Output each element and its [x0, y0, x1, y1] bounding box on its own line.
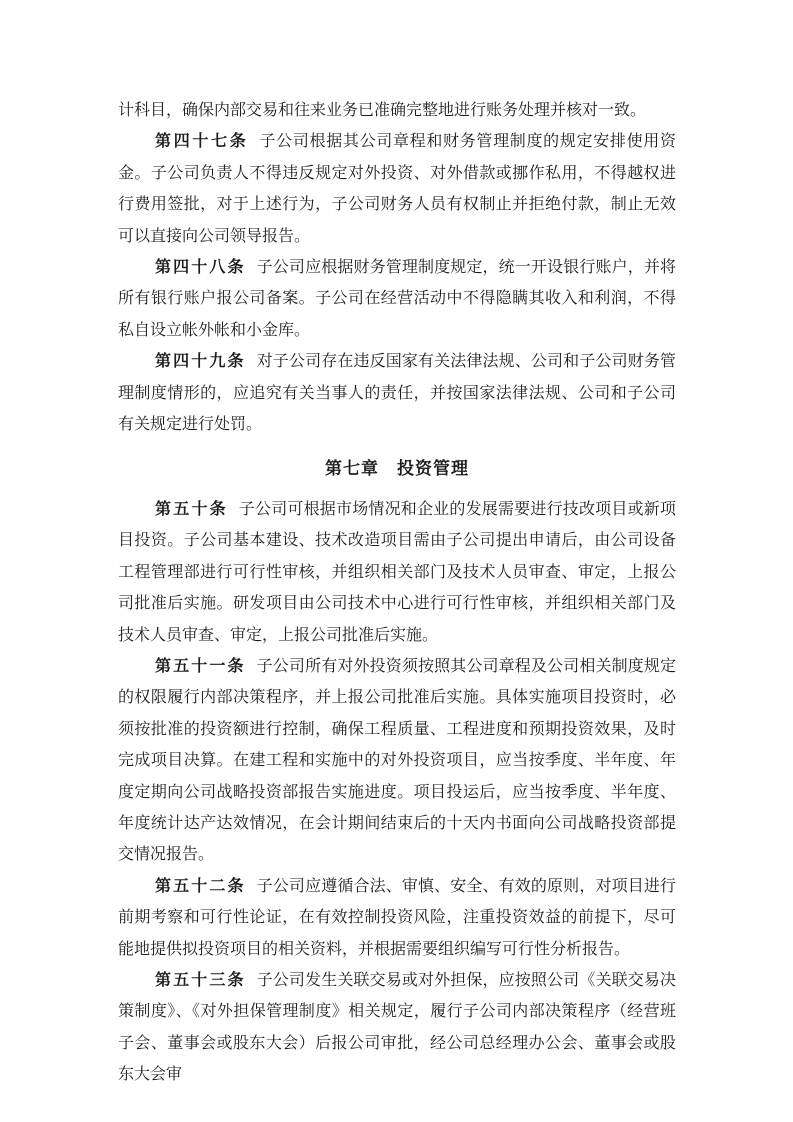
- paragraph-article-53: 第五十三条子公司发生关联交易或对外担保，应按照公司《关联交易决策制度》、《对外担…: [118, 965, 676, 1091]
- article-50-label: 第五十条: [155, 501, 228, 518]
- paragraph-article-51: 第五十一条子公司所有对外投资须按照其公司章程及公司相关制度规定的权限履行内部决策…: [118, 651, 676, 871]
- chapter-heading: 第七章 投资管理: [118, 453, 676, 484]
- paragraph-article-47: 第四十七条子公司根据其公司章程和财务管理制度的规定安排使用资金。子公司负责人不得…: [118, 126, 676, 252]
- article-48-label: 第四十八条: [155, 259, 246, 276]
- article-53-label: 第五十三条: [155, 972, 246, 989]
- article-51-text: 子公司所有对外投资须按照其公司章程及公司相关制度规定的权限履行内部决策程序，并上…: [118, 658, 676, 863]
- paragraph-article-48: 第四十八条子公司应根据财务管理制度规定，统一开设银行账户，并将所有银行账户报公司…: [118, 252, 676, 346]
- article-47-label: 第四十七条: [155, 133, 248, 150]
- paragraph-article-52: 第五十二条子公司应遵循合法、审慎、安全、有效的原则，对项目进行前期考察和可行性论…: [118, 871, 676, 965]
- article-49-label: 第四十九条: [155, 353, 246, 370]
- paragraph-article-50: 第五十条子公司可根据市场情况和企业的发展需要进行技改项目或新项目投资。子公司基本…: [118, 494, 676, 651]
- article-50-text: 子公司可根据市场情况和企业的发展需要进行技改项目或新项目投资。子公司基本建设、技…: [118, 501, 676, 644]
- article-47-text: 子公司根据其公司章程和财务管理制度的规定安排使用资金。子公司负责人不得违反规定对…: [118, 133, 676, 244]
- article-52-label: 第五十二条: [155, 878, 246, 895]
- paragraph-continuation: 计科目，确保内部交易和往来业务已准确完整地进行账务处理并核对一致。: [118, 95, 676, 126]
- document-page: 计科目，确保内部交易和往来业务已准确完整地进行账务处理并核对一致。 第四十七条子…: [0, 0, 793, 1122]
- paragraph-article-49: 第四十九条对子公司存在违反国家有关法律法规、公司和子公司财务管理制度情形的，应追…: [118, 346, 676, 440]
- article-51-label: 第五十一条: [155, 658, 246, 675]
